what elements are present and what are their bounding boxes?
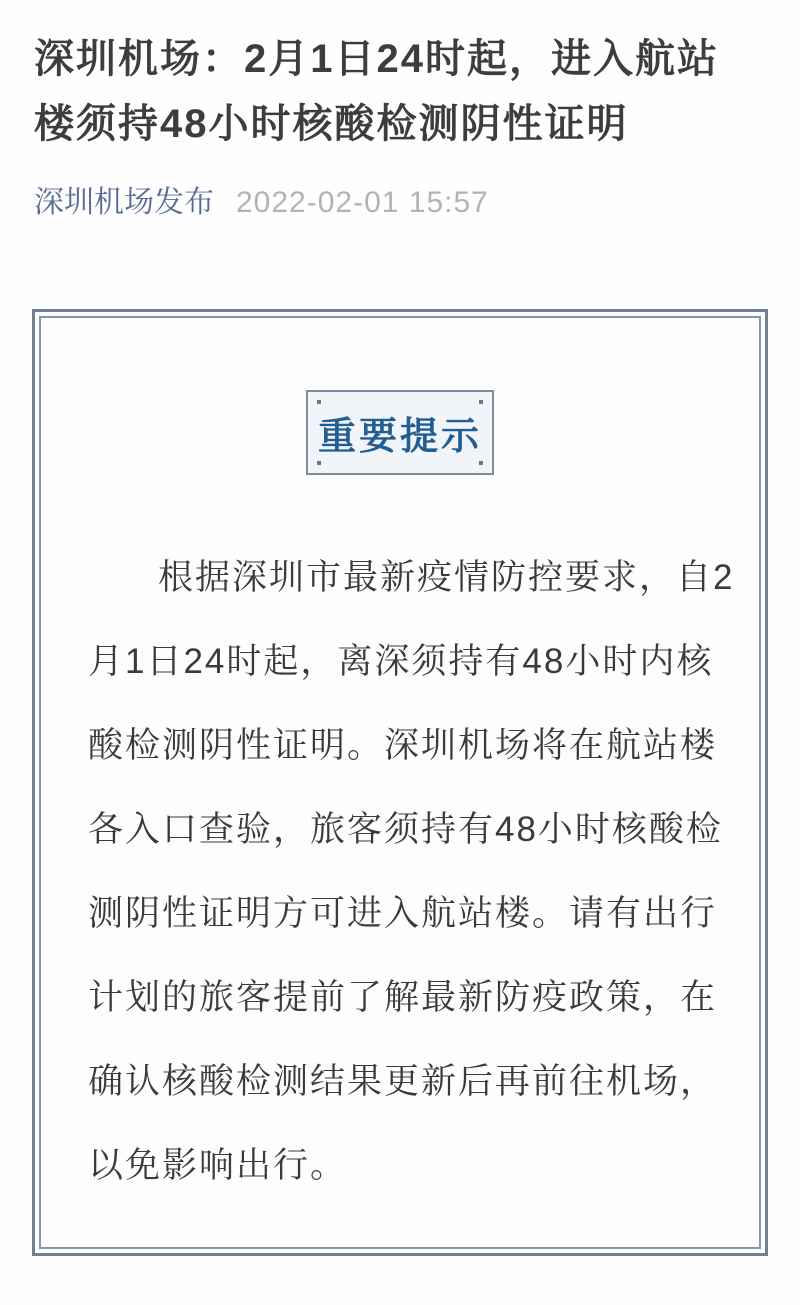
body-text-line: 计划的旅客提前了解最新防疫政策，在 bbox=[88, 956, 729, 1040]
notice-body: 根据深圳市最新疫情防控要求，自2 月1日24时起，离深须持有48小时内核 酸检测… bbox=[41, 536, 759, 1208]
article-meta: 深圳机场发布 2022-02-01 15:57 bbox=[34, 185, 767, 221]
notice-frame-inner: 重要提示 根据深圳市最新疫情防控要求，自2 月1日24时起，离深须持有48小时内… bbox=[39, 316, 761, 1249]
badge-label: 重要提示 bbox=[318, 405, 482, 460]
notice-frame: 重要提示 根据深圳市最新疫情防控要求，自2 月1日24时起，离深须持有48小时内… bbox=[32, 309, 768, 1256]
body-text-line: 酸检测阴性证明。深圳机场将在航站楼 bbox=[88, 704, 729, 788]
article-page: 深圳机场：2月1日24时起，进入航站 楼须持48小时核酸检测阴性证明 深圳机场发… bbox=[0, 27, 800, 1256]
badge-screw-icon bbox=[317, 461, 321, 465]
body-text-line: 确认核酸检测结果更新后再前往机场， bbox=[88, 1040, 729, 1124]
article-title: 深圳机场：2月1日24时起，进入航站 楼须持48小时核酸检测阴性证明 bbox=[34, 27, 767, 157]
publish-timestamp: 2022-02-01 15:57 bbox=[236, 185, 489, 221]
body-text-line: 各入口查验，旅客须持有48小时核酸检 bbox=[88, 788, 729, 872]
body-text-line: 月1日24时起，离深须持有48小时内核 bbox=[88, 620, 729, 704]
body-text-line: 根据深圳市最新疫情防控要求，自2 bbox=[88, 536, 729, 620]
body-text-line: 测阴性证明方可进入航站楼。请有出行 bbox=[88, 872, 729, 956]
article-title-line-1: 深圳机场：2月1日24时起，进入航站 bbox=[34, 27, 767, 92]
badge-screw-icon bbox=[479, 400, 483, 404]
badge-screw-icon bbox=[479, 461, 483, 465]
body-text-line: 以免影响出行。 bbox=[88, 1124, 729, 1208]
source-account-link[interactable]: 深圳机场发布 bbox=[34, 185, 214, 221]
article-title-line-2: 楼须持48小时核酸检测阴性证明 bbox=[34, 92, 767, 157]
badge-screw-icon bbox=[317, 400, 321, 404]
important-notice-badge: 重要提示 bbox=[306, 390, 494, 475]
